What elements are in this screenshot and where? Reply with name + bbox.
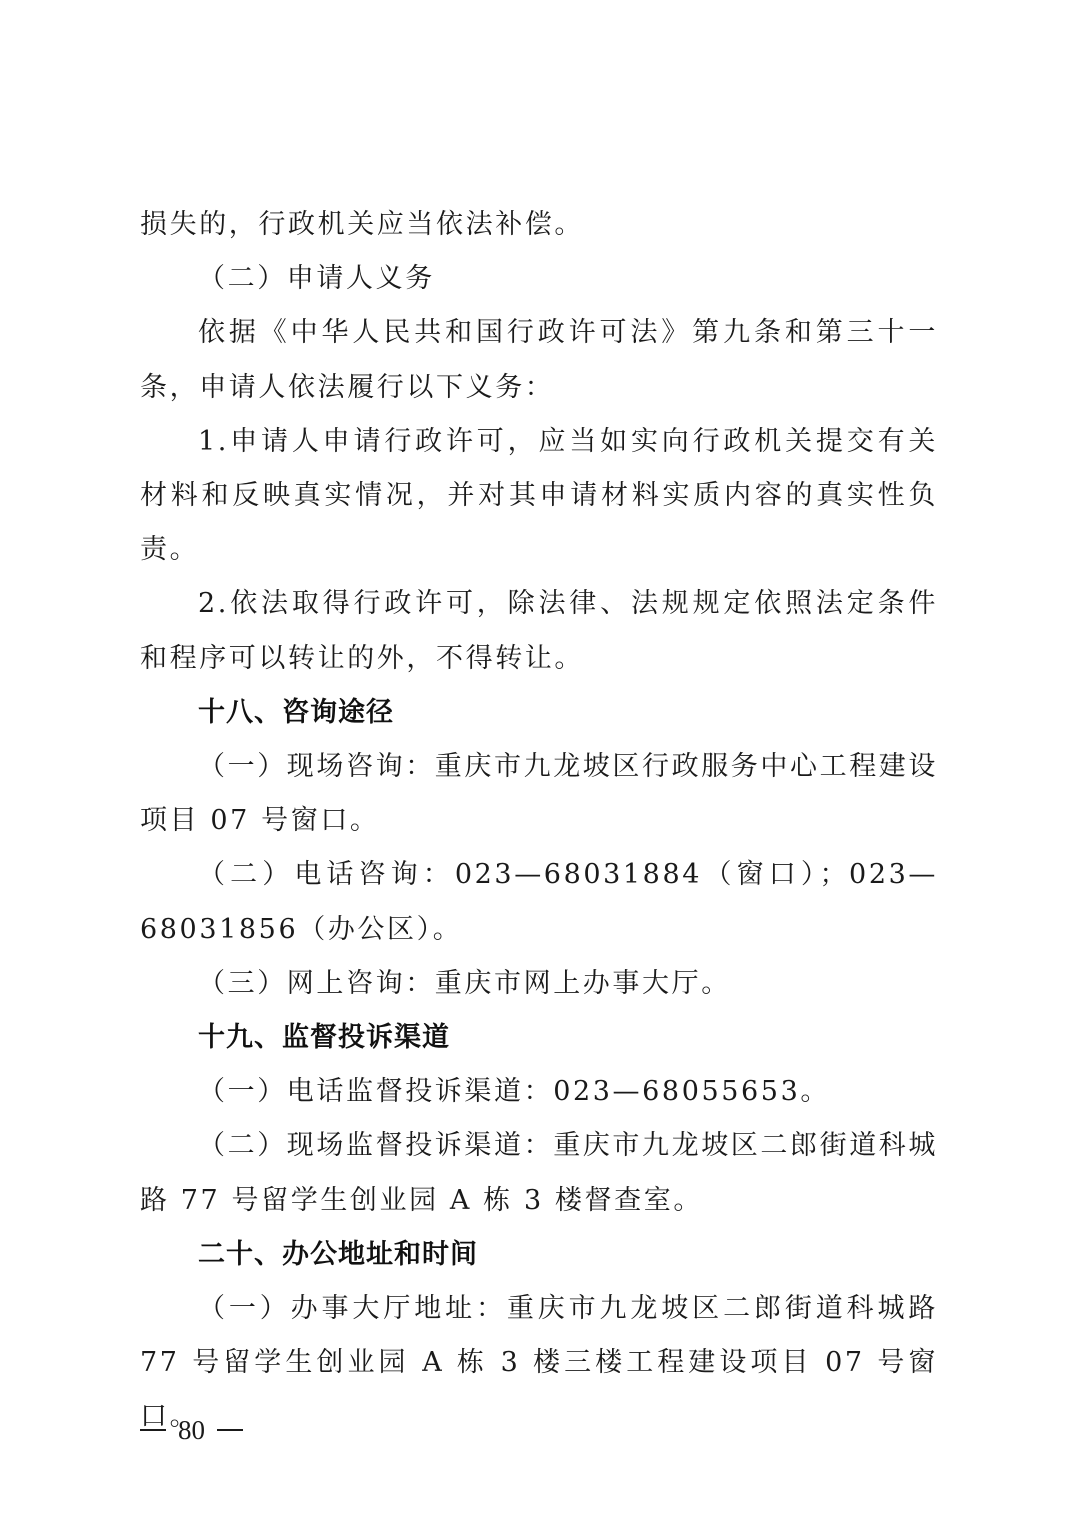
section-heading-complaints: 十九、监督投诉渠道 — [140, 1011, 938, 1065]
document-page: 损失的，行政机关应当依法补偿。 （二）申请人义务 依据《中华人民共和国行政许可法… — [140, 198, 938, 1445]
paragraph-phone-complaint: （一）电话监督投诉渠道：023—68055653。 — [140, 1065, 938, 1119]
paragraph-compensation-end: 损失的，行政机关应当依法补偿。 — [140, 198, 938, 252]
page-footer: 80 — [140, 1412, 243, 1448]
dash-left — [140, 1429, 166, 1431]
paragraph-onsite-complaint: （二）现场监督投诉渠道：重庆市九龙坡区二郎街道科城路 77 号留学生创业园 A … — [140, 1119, 938, 1227]
paragraph-phone-consultation: （二）电话咨询：023—68031884（窗口）；023—68031856（办公… — [140, 848, 938, 956]
paragraph-onsite-consultation: （一）现场咨询：重庆市九龙坡区行政服务中心工程建设项目 07 号窗口。 — [140, 740, 938, 848]
paragraph-hall-address: （一）办事大厅地址：重庆市九龙坡区二郎街道科城路 77 号留学生创业园 A 栋 … — [140, 1282, 938, 1445]
paragraph-online-consultation: （三）网上咨询：重庆市网上办事大厅。 — [140, 957, 938, 1011]
page-number: 80 — [178, 1412, 205, 1448]
section-heading-consultation: 十八、咨询途径 — [140, 686, 938, 740]
subheading-applicant-obligations: （二）申请人义务 — [140, 252, 938, 306]
dash-right — [217, 1429, 243, 1431]
paragraph-obligation-2: 2.依法取得行政许可，除法律、法规规定依照法定条件和程序可以转让的外，不得转让。 — [140, 577, 938, 685]
section-heading-office-address: 二十、办公地址和时间 — [140, 1228, 938, 1282]
paragraph-obligation-1: 1.申请人申请行政许可，应当如实向行政机关提交有关材料和反映真实情况，并对其申请… — [140, 415, 938, 578]
paragraph-legal-basis: 依据《中华人民共和国行政许可法》第九条和第三十一条，申请人依法履行以下义务： — [140, 306, 938, 414]
